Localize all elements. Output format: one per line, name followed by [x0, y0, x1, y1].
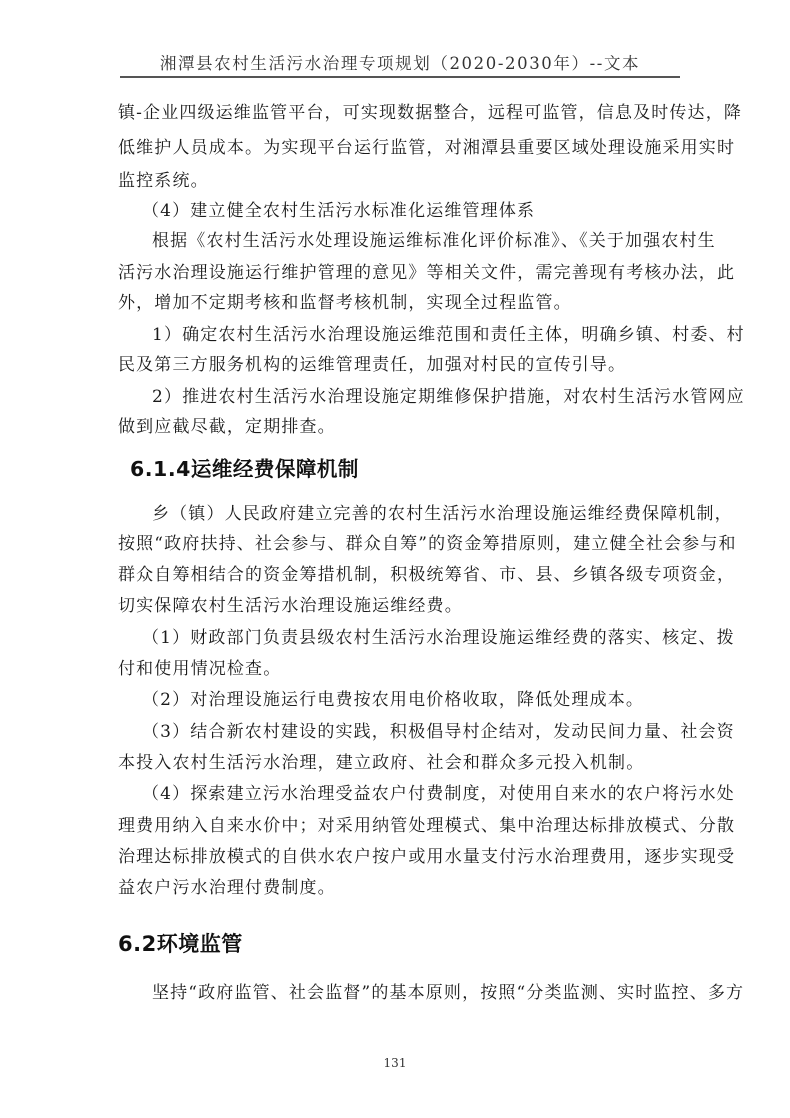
paragraph-line: 外，增加不定期考核和监督考核机制，实现全过程监管。	[118, 292, 572, 314]
section-heading-6-1-4: 6.1.4运维经费保障机制	[130, 452, 359, 482]
header-divider	[120, 76, 680, 78]
list-item-line: （3）结合新农村建设的实践，积极倡导村企结对，发动民间力量、社会资	[142, 721, 735, 743]
paragraph-line: 坚持“政府监管、社会监督”的基本原则，按照“分类监测、实时监控、多方	[152, 982, 744, 1004]
list-item-line: 付和使用情况检查。	[118, 658, 281, 680]
list-item-line: 本投入农村生活污水治理，建立政府、社会和群众多元投入机制。	[118, 752, 644, 774]
section-heading-6-2: 6.2环境监管	[118, 928, 243, 958]
list-item-line: 2）推进农村生活污水治理设施定期维修保护措施，对农村生活污水管网应	[152, 386, 745, 408]
paragraph-line: 按照“政府扶持、社会参与、群众自筹”的资金筹措原则，建立健全社会参与和	[118, 533, 737, 555]
paragraph-line: 根据《农村生活污水处理设施运维标准化评价标准》、《关于加强农村生	[152, 230, 716, 252]
subsection-title: （4）建立健全农村生活污水标准化运维管理体系	[142, 200, 535, 222]
paragraph-line: 镇-企业四级运维监管平台，可实现数据整合，远程可监管，信息及时传达，降	[118, 102, 742, 124]
header-title: 湘潭县农村生活污水治理专项规划（2020-2030年）--文本	[121, 50, 679, 74]
list-item-line: （2）对治理设施运行电费按农用电价格收取，降低处理成本。	[142, 689, 644, 711]
paragraph-line: 切实保障农村生活污水治理设施运维经费。	[118, 595, 463, 617]
page-number: 131	[0, 1056, 790, 1070]
list-item-line: 理费用纳入自来水价中；对采用纳管处理模式、集中治理达标排放模式、分散	[118, 815, 735, 837]
list-item-line: 做到应截尽截，定期排查。	[118, 416, 336, 438]
list-item-line: 益农户污水治理付费制度。	[118, 877, 336, 899]
paragraph-line: 活污水治理设施运行维护管理的意见》等相关文件，需完善现有考核办法，此	[118, 262, 735, 284]
list-item-line: （1）财政部门负责县级农村生活污水治理设施运维经费的落实、核定、拨	[142, 627, 735, 649]
list-item-line: 1）确定农村生活污水治理设施运维范围和责任主体，明确乡镇、村委、村	[152, 324, 745, 346]
list-item-line: 民及第三方服务机构的运维管理责任，加强对村民的宣传引导。	[118, 354, 626, 376]
list-item-line: 治理达标排放模式的自供水农户按户或用水量支付污水治理费用，逐步实现受	[118, 846, 735, 868]
paragraph-line: 群众自筹相结合的资金筹措机制，积极统筹省、市、县、乡镇各级专项资金，	[118, 564, 735, 586]
list-item-line: （4）探索建立污水治理受益农户付费制度，对使用自来水的农户将污水处	[142, 783, 735, 805]
paragraph-line: 乡（镇）人民政府建立完善的农村生活污水治理设施运维经费保障机制，	[152, 503, 733, 525]
paragraph-line: 低维护人员成本。为实现平台运行监管，对湘潭县重要区域处理设施采用实时	[118, 137, 735, 159]
paragraph-line: 监控系统。	[118, 170, 209, 192]
